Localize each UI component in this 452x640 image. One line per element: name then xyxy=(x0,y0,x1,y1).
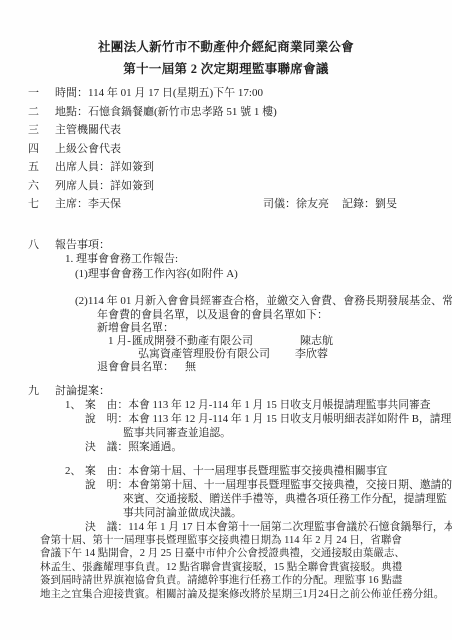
case-resolution-row: 決 議： 照案通過。 xyxy=(65,440,452,454)
member-company: 匯成開發不動產有限公司 xyxy=(132,335,253,348)
agenda-item-chairperson: 七 主席：李天保 司儀：徐友亮 記錄：劉旻 xyxy=(0,195,452,214)
resolution-text-cont: 地主之宜集合迎接貴賓。相關討論及提案修改將於星期三1月24日之前公佈並任務分組。 xyxy=(40,588,452,602)
case-explanation-row: 說 明： 本會 113 年 12 月-114 年 1 月 15 日收支月帳明細表… xyxy=(65,412,452,426)
item-number: 六 xyxy=(28,177,55,196)
case-number: 2、 xyxy=(65,464,85,478)
page-title: 社團法人新竹市不動產仲介經紀商業同業公會 xyxy=(0,36,452,58)
item-text: 主管機關代表 xyxy=(55,121,121,140)
member-representative: 陳志航 xyxy=(300,335,333,348)
agenda-item-list: 一 時間：114 年 01 月 17 日(星期五)下午 17:00 二 地點：石… xyxy=(0,84,452,214)
item-number: 一 xyxy=(28,84,55,103)
resolution-label: 決 議： xyxy=(85,520,128,534)
agenda-item-time: 一 時間：114 年 01 月 17 日(星期五)下午 17:00 xyxy=(0,84,452,103)
new-members-label: 新增會員名單： xyxy=(0,322,452,335)
chairperson-text: 主席：李天保 xyxy=(55,195,121,214)
case-explanation-row: 說 明： 本會第第十屆、十一屆理事長暨理監事交接典禮，交接日期、邀請的 xyxy=(65,478,452,492)
recorder-text: 記錄：劉旻 xyxy=(342,195,397,214)
case-subject-text: 本會 113 年 12 月-114 年 1 月 15 日收支月帳提請理監事共同審… xyxy=(128,398,430,412)
case-subject-label: 案 由： xyxy=(85,398,128,412)
document-header: 社團法人新竹市不動產仲介經紀商業同業公會 第十一屆第 2 次定期理監事聯席會議 xyxy=(0,0,452,80)
spacer xyxy=(0,282,452,294)
member-representative: 李欣蓉 xyxy=(295,348,328,361)
explanation-text-cont: 監事共同審查並追認。 xyxy=(65,426,452,440)
case-subject-row: 2、 案 由： 本會第十屆、十一屆理事長暨理監事交接典禮相關事宜 xyxy=(65,464,452,478)
item-number: 七 xyxy=(28,195,55,214)
member-month: 1 月- xyxy=(108,335,132,348)
agenda-item-parent-assoc-rep: 四 上級公會代表 xyxy=(0,140,452,159)
item-text: 出席人員：詳如簽到 xyxy=(55,158,154,177)
item-text: 地點：石憶食鍋餐廳(新竹市忠孝路 51 號 1 樓) xyxy=(55,103,277,122)
report-work-report-item1: (1)理事會會務工作內容(如附件 A) xyxy=(0,267,452,282)
item-number: 四 xyxy=(28,140,55,159)
case-subject-label: 案 由： xyxy=(85,464,128,478)
agenda-item-authority-rep: 三 主管機關代表 xyxy=(0,121,452,140)
proposal-case-2: 2、 案 由： 本會第十屆、十一屆理事長暨理監事交接典禮相關事宜 說 明： 本會… xyxy=(65,464,452,602)
meeting-subtitle: 第十一屆第 2 次定期理監事聯席會議 xyxy=(0,58,452,80)
resolution-text: 照案通過。 xyxy=(128,440,182,454)
new-member-row: 弘寓資產管理股份有限公司 李欣蓉 xyxy=(0,348,452,361)
section-report: 八 報告事項： 1. 理事會會務工作報告: (1)理事會會務工作內容(如附件 A… xyxy=(0,238,452,374)
agenda-item-attendees: 五 出席人員：詳如簽到 xyxy=(0,158,452,177)
explanation-text-cont: 事共同討論並做成決議。 xyxy=(65,506,452,520)
mc-text: 司儀：徐友亮 xyxy=(263,195,329,214)
resolution-label: 決 議： xyxy=(85,440,128,454)
explanation-text: 本會第第十屆、十一屆理事長暨理監事交接典禮，交接日期、邀請的 xyxy=(128,478,452,492)
proposal-case-1: 1、 案 由： 本會 113 年 12 月-114 年 1 月 15 日收支月帳… xyxy=(65,398,452,454)
resolution-text-cont: 林孟生、張鑫耀理事負責。12 點省聯會貴賓接駁，15 點全聯會貴賓接駁。典禮 xyxy=(40,561,452,575)
explanation-text-cont: 來賓、交通接駁、贈送伴手禮等，典禮各項任務工作分配，提請理監 xyxy=(65,492,452,506)
explanation-label: 說 明： xyxy=(85,478,128,492)
item-text: 上級公會代表 xyxy=(55,140,121,159)
meeting-minutes-document: 社團法人新竹市不動產仲介經紀商業同業公會 第十一屆第 2 次定期理監事聯席會議 … xyxy=(0,0,452,640)
section-number: 九 xyxy=(28,384,55,398)
item-number: 二 xyxy=(28,103,55,122)
case-number: 1、 xyxy=(65,398,85,412)
case-subject-text: 本會第十屆、十一屆理事長暨理監事交接典禮相關事宜 xyxy=(128,464,387,478)
item-text: 時間：114 年 01 月 17 日(星期五)下午 17:00 xyxy=(55,84,263,103)
new-member-row: 1 月- 匯成開發不動產有限公司 陳志航 xyxy=(0,335,452,348)
spacer xyxy=(65,520,85,534)
section-number: 八 xyxy=(28,238,55,252)
spacer xyxy=(65,440,85,454)
resolution-text: 114 年 1 月 17 日本會第十一屆第二次理監事會議於石憶食鍋舉行，本 xyxy=(128,520,452,534)
case-resolution-row: 決 議： 114 年 1 月 17 日本會第十一屆第二次理監事會議於石憶食鍋舉行… xyxy=(65,520,452,534)
new-member-paragraph-line1: (2)114 年 01 月新入會會員經審查合格，並繳交入會費、會務長期發展基金、… xyxy=(0,294,452,308)
section-heading: 討論提案： xyxy=(55,384,110,398)
report-heading-row: 八 報告事項： xyxy=(0,238,452,252)
spacer xyxy=(65,412,85,426)
resolution-text-cont: 簽到屆時請世界旗袍協會負責。請總幹事進行任務工作的分配。理監事 16 點盡 xyxy=(40,574,452,588)
explanation-text: 本會 113 年 12 月-114 年 1 月 15 日收支月帳明細表詳如附件 … xyxy=(128,412,451,426)
case-subject-row: 1、 案 由： 本會 113 年 12 月-114 年 1 月 15 日收支月帳… xyxy=(65,398,452,412)
resolution-text-cont: 會議下午 14 點開會，2 月 25 日臺中市仲介公會授證典禮，交通接駁由葉嚴志… xyxy=(40,547,452,561)
withdraw-label: 退會會員名單： xyxy=(97,361,174,374)
explanation-label: 說 明： xyxy=(85,412,128,426)
agenda-item-observers: 六 列席人員：詳如簽到 xyxy=(0,177,452,196)
item-text: 列席人員：詳如簽到 xyxy=(55,177,154,196)
item-number: 五 xyxy=(28,158,55,177)
item-number: 三 xyxy=(28,121,55,140)
withdraw-value: 無 xyxy=(185,361,196,374)
discussion-heading-row: 九 討論提案： xyxy=(0,384,452,398)
new-member-paragraph-line2: 年會費的會員名單，以及退會的會員名單如下： xyxy=(0,308,452,322)
section-heading: 報告事項： xyxy=(55,238,110,252)
withdraw-members-row: 退會會員名單： 無 xyxy=(0,361,452,374)
spacer xyxy=(65,478,85,492)
agenda-item-location: 二 地點：石憶食鍋餐廳(新竹市忠孝路 51 號 1 樓) xyxy=(0,103,452,122)
report-work-report: 1. 理事會會務工作報告: xyxy=(0,252,452,267)
resolution-text-cont: 會第十屆、第十一屆理事長暨理監事交接典禮日期為 114 年 2 月 24 日，省… xyxy=(40,534,452,548)
member-company: 弘寓資產管理股份有限公司 xyxy=(138,348,270,361)
section-discussion: 九 討論提案： 1、 案 由： 本會 113 年 12 月-114 年 1 月 … xyxy=(0,384,452,602)
